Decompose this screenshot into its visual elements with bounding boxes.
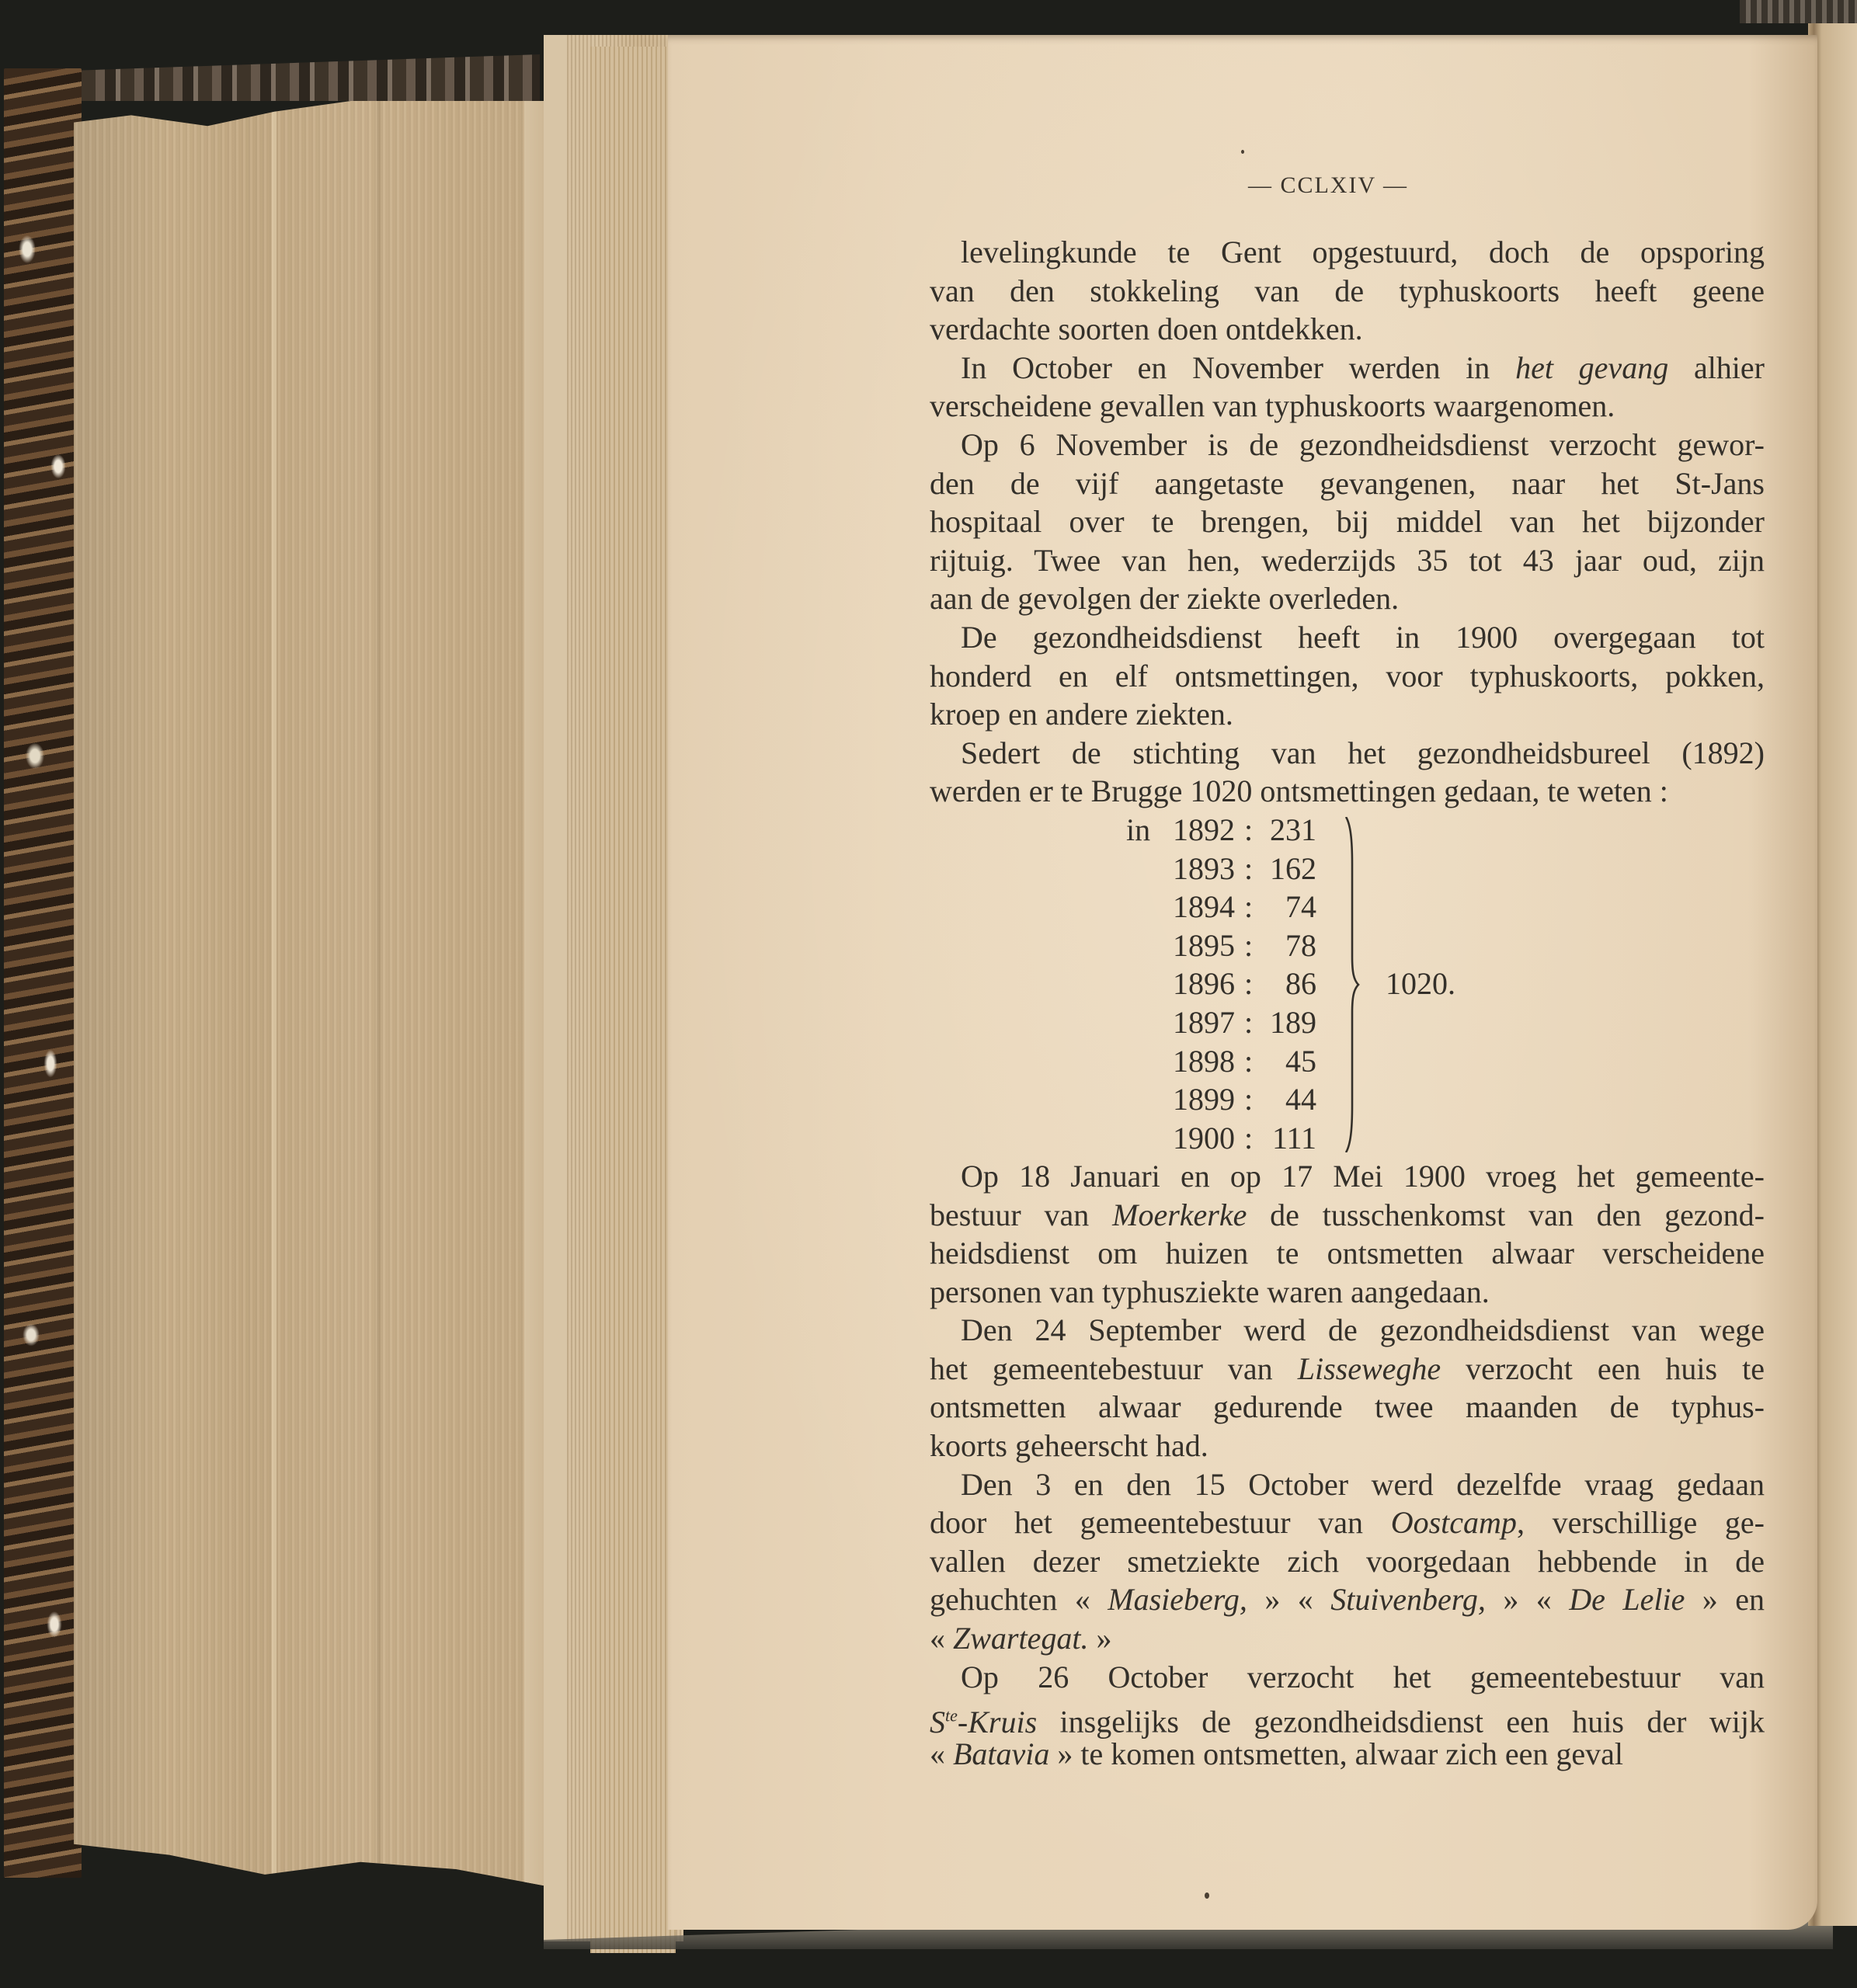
page-edge-lines bbox=[590, 47, 676, 1953]
text-line: Sedert de stichting van het gezondheidsb… bbox=[930, 734, 1765, 773]
paragraph: levelingkunde te Gent opgestuurd, doch d… bbox=[930, 233, 1765, 349]
body-text: levelingkunde te Gent opgestuurd, doch d… bbox=[930, 233, 1765, 1773]
text-line: het gemeentebestuur van Lisseweghe verzo… bbox=[930, 1350, 1765, 1388]
table-year: 1892 bbox=[1173, 811, 1243, 850]
text-line: rijtuig. Twee van hen, wederzijds 35 tot… bbox=[930, 541, 1765, 580]
table-count: 78 bbox=[1256, 926, 1316, 965]
text-line: verdachte soorten doen ontdekken. bbox=[930, 310, 1765, 349]
text-line: kroep en andere ziekten. bbox=[930, 695, 1765, 734]
text-line: « Zwartegat. » bbox=[930, 1619, 1765, 1658]
text-line: koorts geheerscht had. bbox=[930, 1427, 1765, 1465]
table-count: 86 bbox=[1256, 964, 1316, 1003]
table-count: 189 bbox=[1256, 1003, 1316, 1042]
page-edge-face bbox=[544, 35, 567, 1941]
table-year: 1897 bbox=[1173, 1003, 1243, 1042]
text-line: door het gemeentebestuur van Oostcamp, v… bbox=[930, 1503, 1765, 1542]
paragraph: Sedert de stichting van het gezondheidsb… bbox=[930, 734, 1765, 811]
table-count: 111 bbox=[1256, 1119, 1316, 1158]
paragraphs-before-table: levelingkunde te Gent opgestuurd, doch d… bbox=[930, 233, 1765, 811]
text-line: bestuur van Moerkerke de tusschenkomst v… bbox=[930, 1196, 1765, 1235]
italic-place-name: Lisseweghe bbox=[1298, 1351, 1441, 1386]
text-line: honderd en elf ontsmettingen, voor typhu… bbox=[930, 657, 1765, 696]
table-prefix: in bbox=[1126, 811, 1173, 850]
table-year: 1899 bbox=[1173, 1080, 1243, 1119]
text-line: Op 6 November is de gezondheidsdienst ve… bbox=[930, 426, 1765, 464]
table-year: 1900 bbox=[1173, 1119, 1243, 1158]
table-count: 74 bbox=[1256, 888, 1316, 926]
text-line: « Batavia » te komen ontsmetten, alwaar … bbox=[930, 1735, 1765, 1774]
italic-place-name: Ste-Kruis bbox=[930, 1705, 1037, 1739]
paragraph: Op 26 October verzocht het gemeentebestu… bbox=[930, 1658, 1765, 1774]
table-count: 231 bbox=[1256, 811, 1316, 850]
page-edge-highlight bbox=[272, 101, 276, 1887]
table-year: 1896 bbox=[1173, 964, 1243, 1003]
paragraphs-after-table: Op 18 Januari en op 17 Mei 1900 vroeg he… bbox=[930, 1157, 1765, 1774]
italic-place-name: Oostcamp bbox=[1391, 1505, 1517, 1540]
page-number-header: — CCLXIV — bbox=[1212, 172, 1445, 199]
table-year: 1893 bbox=[1173, 850, 1243, 888]
curly-brace-icon bbox=[1344, 817, 1363, 1152]
right-page-edge-stack bbox=[544, 35, 683, 1941]
page-edge-shadow bbox=[377, 101, 381, 1887]
text-line: ontsmetten alwaar gedurende twee maanden… bbox=[930, 1388, 1765, 1427]
table-year: 1894 bbox=[1173, 888, 1243, 926]
table-count: 44 bbox=[1256, 1080, 1316, 1119]
text-line: De gezondheidsdienst heeft in 1900 overg… bbox=[930, 618, 1765, 657]
text-line: vallen dezer smetziekte zich voorgedaan … bbox=[930, 1542, 1765, 1581]
italic-place-name: Moerkerke bbox=[1112, 1197, 1247, 1232]
text-line: werden er te Brugge 1020 ontsmettingen g… bbox=[930, 772, 1765, 811]
text-line: levelingkunde te Gent opgestuurd, doch d… bbox=[930, 233, 1765, 272]
text-line: den de vijf aangetaste gevangenen, naar … bbox=[930, 464, 1765, 503]
table-count: 162 bbox=[1256, 850, 1316, 888]
paragraph: In October en November werden in het gev… bbox=[930, 349, 1765, 426]
table-count: 45 bbox=[1256, 1042, 1316, 1081]
text-line: Op 26 October verzocht het gemeentebestu… bbox=[930, 1658, 1765, 1697]
paper-speck bbox=[1241, 150, 1244, 154]
table-total: 1020. bbox=[1386, 964, 1455, 1003]
left-page-edge-stack bbox=[74, 101, 551, 1887]
text-line: Op 18 Januari en op 17 Mei 1900 vroeg he… bbox=[930, 1157, 1765, 1196]
text-line: aan de gevolgen der ziekte overleden. bbox=[930, 579, 1765, 618]
disinfection-table: 1020. in1892:2311893:1621894:741895:7818… bbox=[930, 811, 1765, 1157]
italic-place-name: De Lelie bbox=[1569, 1582, 1685, 1617]
table-year: 1898 bbox=[1173, 1042, 1243, 1081]
cover-top-edge bbox=[4, 54, 540, 101]
paragraph: Op 6 November is de gezondheidsdienst ve… bbox=[930, 426, 1765, 618]
text-line: van den stokkeling van de typhuskoorts h… bbox=[930, 272, 1765, 311]
paragraph: Den 3 en den 15 October werd dezelfde vr… bbox=[930, 1465, 1765, 1658]
text-line: verscheidene gevallen van typhuskoorts w… bbox=[930, 387, 1765, 426]
text-line: hospitaal over te brengen, bij middel va… bbox=[930, 502, 1765, 541]
paragraph: Den 24 September werd de gezondheidsdien… bbox=[930, 1311, 1765, 1465]
italic-place-name: Batavia bbox=[953, 1736, 1049, 1771]
paragraph: Op 18 Januari en op 17 Mei 1900 vroeg he… bbox=[930, 1157, 1765, 1311]
text-line: gehuchten « Masieberg, » « Stuivenberg, … bbox=[930, 1580, 1765, 1619]
text-line: Den 3 en den 15 October werd dezelfde vr… bbox=[930, 1465, 1765, 1504]
text-line: heidsdienst om huizen te ontsmetten alwa… bbox=[930, 1234, 1765, 1273]
paper-speck bbox=[1205, 1892, 1209, 1899]
text-line: Ste-Kruis insgelijks de gezondheidsdiens… bbox=[930, 1696, 1765, 1735]
italic-place-name: Zwartegat. bbox=[953, 1621, 1088, 1656]
paragraph: De gezondheidsdienst heeft in 1900 overg… bbox=[930, 618, 1765, 734]
text-line: In October en November werden in het gev… bbox=[930, 349, 1765, 388]
italic-place-name: Stuivenberg, bbox=[1330, 1582, 1486, 1617]
marbled-cover-board bbox=[4, 68, 82, 1878]
text-line: Den 24 September werd de gezondheidsdien… bbox=[930, 1311, 1765, 1350]
italic-place-name: het gevang bbox=[1515, 350, 1668, 385]
binding-top-right bbox=[1740, 0, 1857, 23]
text-line: personen van typhusziekte waren aangedaa… bbox=[930, 1273, 1765, 1312]
book-scan: — CCLXIV — levelingkunde te Gent opgestu… bbox=[0, 0, 1857, 1988]
italic-place-name: Masieberg, bbox=[1108, 1582, 1247, 1617]
table-year: 1895 bbox=[1173, 926, 1243, 965]
